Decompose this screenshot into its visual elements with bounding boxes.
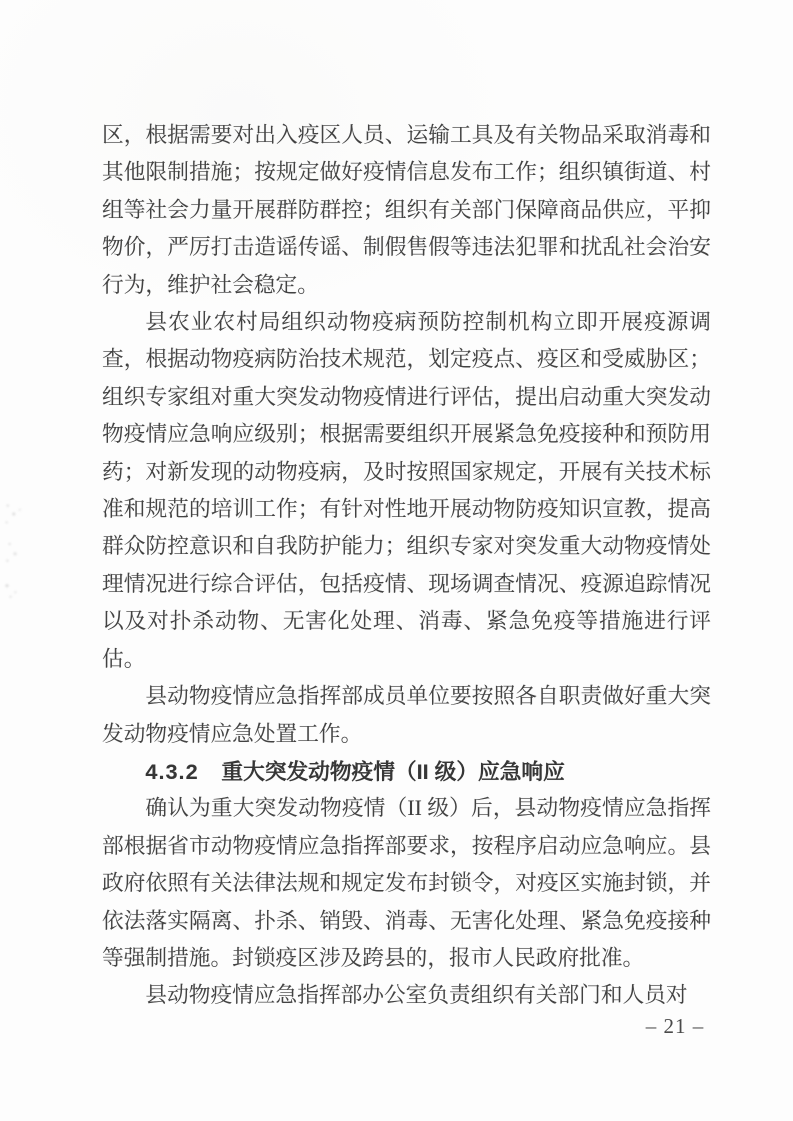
- scan-smudge-artifact: [1, 578, 25, 600]
- section-heading-number: 4.3.2: [145, 759, 198, 784]
- section-heading-title: 重大突发动物疫情（II 级）应急响应: [221, 759, 564, 784]
- page-number: – 21 –: [640, 1013, 710, 1039]
- scanned-document-page: 区，根据需要对出入疫区人员、运输工具及有关物品采取消毒和其他限制措施；按规定做好…: [0, 0, 793, 1121]
- section-heading: 4.3.2重大突发动物疫情（II 级）应急响应: [102, 753, 711, 790]
- paragraph: 县动物疫情应急指挥部办公室负责组织有关部门和人员对: [102, 977, 711, 1014]
- scan-smudge-artifact: [3, 537, 25, 565]
- scan-smudge-artifact: [3, 500, 27, 528]
- paragraph-continuation: 区，根据需要对出入疫区人员、运输工具及有关物品采取消毒和其他限制措施；按规定做好…: [102, 117, 711, 304]
- paragraph: 县农业农村局组织动物疫病预防控制机构立即开展疫源调查，根据动物疫病防治技术规范，…: [102, 304, 711, 678]
- paragraph: 县动物疫情应急指挥部成员单位要按照各自职责做好重大突发动物疫情应急处置工作。: [102, 678, 711, 753]
- paragraph: 确认为重大突发动物疫情（II 级）后，县动物疫情应急指挥部根据省市动物疫情应急指…: [102, 790, 711, 977]
- document-body: 区，根据需要对出入疫区人员、运输工具及有关物品采取消毒和其他限制措施；按规定做好…: [102, 117, 711, 1015]
